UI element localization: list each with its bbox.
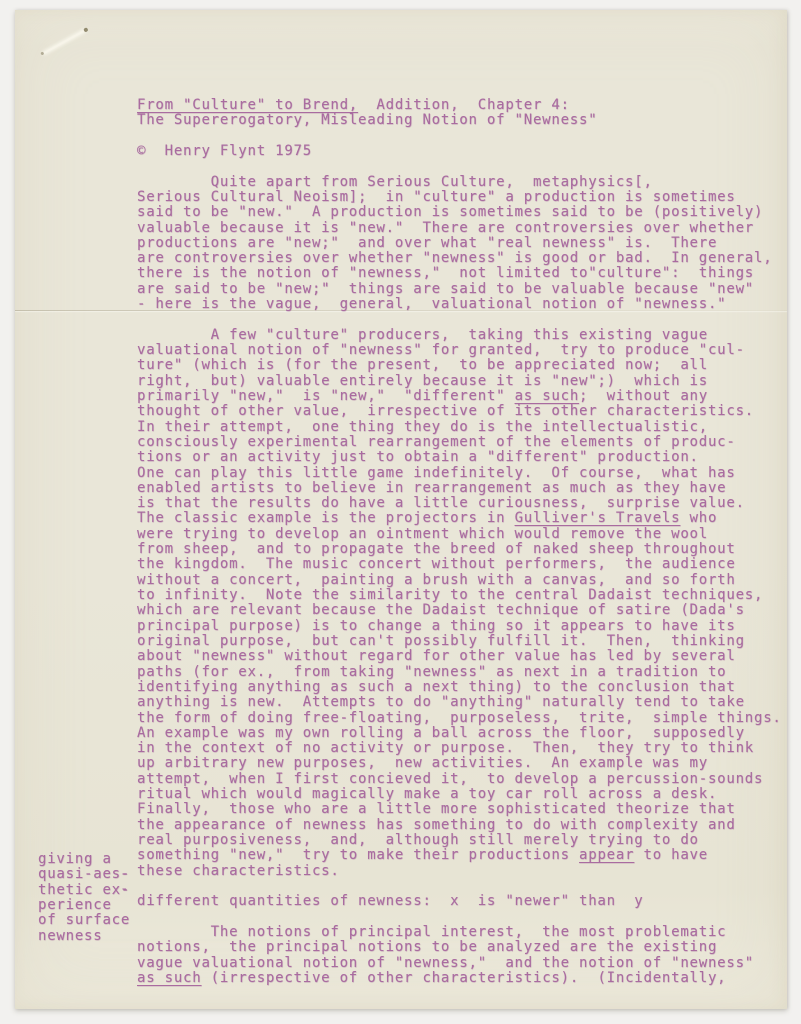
margin-mark: - <box>120 866 129 882</box>
typescript-line: there is the notion of "newness," not li… <box>137 265 782 280</box>
typescript-line: from sheep, and to propagate the breed o… <box>137 541 782 556</box>
typescript-line: vague valuational notion of "newness," a… <box>137 955 782 970</box>
typescript-line: of surface <box>38 912 130 927</box>
typescript-line: notions, the principal notions to be ana… <box>137 939 782 954</box>
typescript-line: enabled artists to believe in rearrangem… <box>137 480 782 495</box>
typescript-line: The Supererogatory, Misleading Notion of… <box>137 112 782 127</box>
scanned-page-background: From "Culture" to Brend, Addition, Chapt… <box>0 0 801 1024</box>
typescript-line: were trying to develop an ointment which… <box>137 526 782 541</box>
paper-sheet: From "Culture" to Brend, Addition, Chapt… <box>15 10 787 1009</box>
typescript-line: productions are "new;" and over what "re… <box>137 235 782 250</box>
typescript-line: tions or an activity just to obtain a "d… <box>137 449 782 464</box>
typescript-line: primarily "new," is "new," "different" a… <box>137 388 782 403</box>
typescript-line: principal purpose) is to change a thing … <box>137 618 782 633</box>
typescript-line: perience <box>38 897 130 912</box>
typescript-line: consciously experimental rearrangement o… <box>137 434 782 449</box>
typescript-line: ture" (which is (for the present, to be … <box>137 357 782 372</box>
typescript-line: real purposiveness, and, although still … <box>137 832 782 847</box>
typescript-line: From "Culture" to Brend, Addition, Chapt… <box>137 97 782 112</box>
typescript-line: anything is new. Attempts to do "anythin… <box>137 694 782 709</box>
typescript-line: One can play this little game indefinite… <box>137 465 782 480</box>
typescript-line: about "newness" without regard for other… <box>137 648 782 663</box>
typescript-line: thetic ex- <box>38 882 130 897</box>
typescript-line: said to be "new." A production is someti… <box>137 204 782 219</box>
typescript-line: original purpose, but can't possibly ful… <box>137 633 782 648</box>
typescript-line <box>137 878 782 893</box>
typescript-line: as such (irrespective of other character… <box>137 970 782 985</box>
typescript-line: Serious Cultural Neoism]; in "culture" a… <box>137 189 782 204</box>
typescript-line <box>137 158 782 173</box>
typescript-body: From "Culture" to Brend, Addition, Chapt… <box>137 97 782 985</box>
typescript-line: An example was my own rolling a ball acr… <box>137 725 782 740</box>
typescript-line: to infinity. Note the similarity to the … <box>137 587 782 602</box>
typescript-line: are controversies over whether "newness"… <box>137 250 782 265</box>
typescript-line: the kingdom. The music concert without p… <box>137 556 782 571</box>
typescript-line: these characteristics. <box>137 863 782 878</box>
typescript-line: The classic example is the projectors in… <box>137 510 782 525</box>
typescript-line: the appearance of newness has something … <box>137 817 782 832</box>
typescript-line: Finally, those who are a little more sop… <box>137 801 782 816</box>
typescript-line: Quite apart from Serious Culture, metaph… <box>137 174 782 189</box>
typescript-line: - here is the vague, general, valuationa… <box>137 296 782 311</box>
typescript-line <box>137 909 782 924</box>
typescript-line: A few "culture" producers, taking this e… <box>137 327 782 342</box>
typescript-line: The notions of principal interest, the m… <box>137 924 782 939</box>
typescript-line: the form of doing free-floating, purpose… <box>137 710 782 725</box>
typescript-line: giving a <box>38 851 130 866</box>
typescript-line: valuational notion of "newness" for gran… <box>137 342 782 357</box>
margin-annotation: giving aquasi-aes-thetic ex-perienceof s… <box>38 851 130 943</box>
typescript-line: newness <box>38 928 130 943</box>
typescript-line: thought of other value, irrespective of … <box>137 403 782 418</box>
typescript-line: which are relevant because the Dadaist t… <box>137 602 782 617</box>
typescript-line: paths (for ex., from taking "newness" as… <box>137 664 782 679</box>
typescript-line: identifying anything as such a next thin… <box>137 679 782 694</box>
typescript-line: attempt, when I first concieved it, to d… <box>137 771 782 786</box>
typescript-line: is that the results do have a little cur… <box>137 495 782 510</box>
typescript-line: © Henry Flynt 1975 <box>137 143 782 158</box>
staple-scratch-mark <box>43 30 84 54</box>
typescript-line: quasi-aes- <box>38 866 130 881</box>
typescript-line: In their attempt, one thing they do is t… <box>137 419 782 434</box>
typescript-line: up arbitrary new purposes, new activitie… <box>137 755 782 770</box>
typescript-line: in the context of no activity or purpose… <box>137 740 782 755</box>
typescript-line: different quantities of newness: x is "n… <box>137 893 782 908</box>
typescript-line: are said to be "new;" things are said to… <box>137 281 782 296</box>
margin-mark: - <box>120 881 129 897</box>
typescript-line: something "new," try to make their produ… <box>137 847 782 862</box>
typescript-line <box>137 128 782 143</box>
typescript-line: valuable because it is "new." There are … <box>137 220 782 235</box>
typescript-line: right, but) valuable entirely because it… <box>137 373 782 388</box>
typescript-line <box>137 311 782 326</box>
typescript-line: ritual which would magically make a toy … <box>137 786 782 801</box>
typescript-line: without a concert, painting a brush with… <box>137 572 782 587</box>
